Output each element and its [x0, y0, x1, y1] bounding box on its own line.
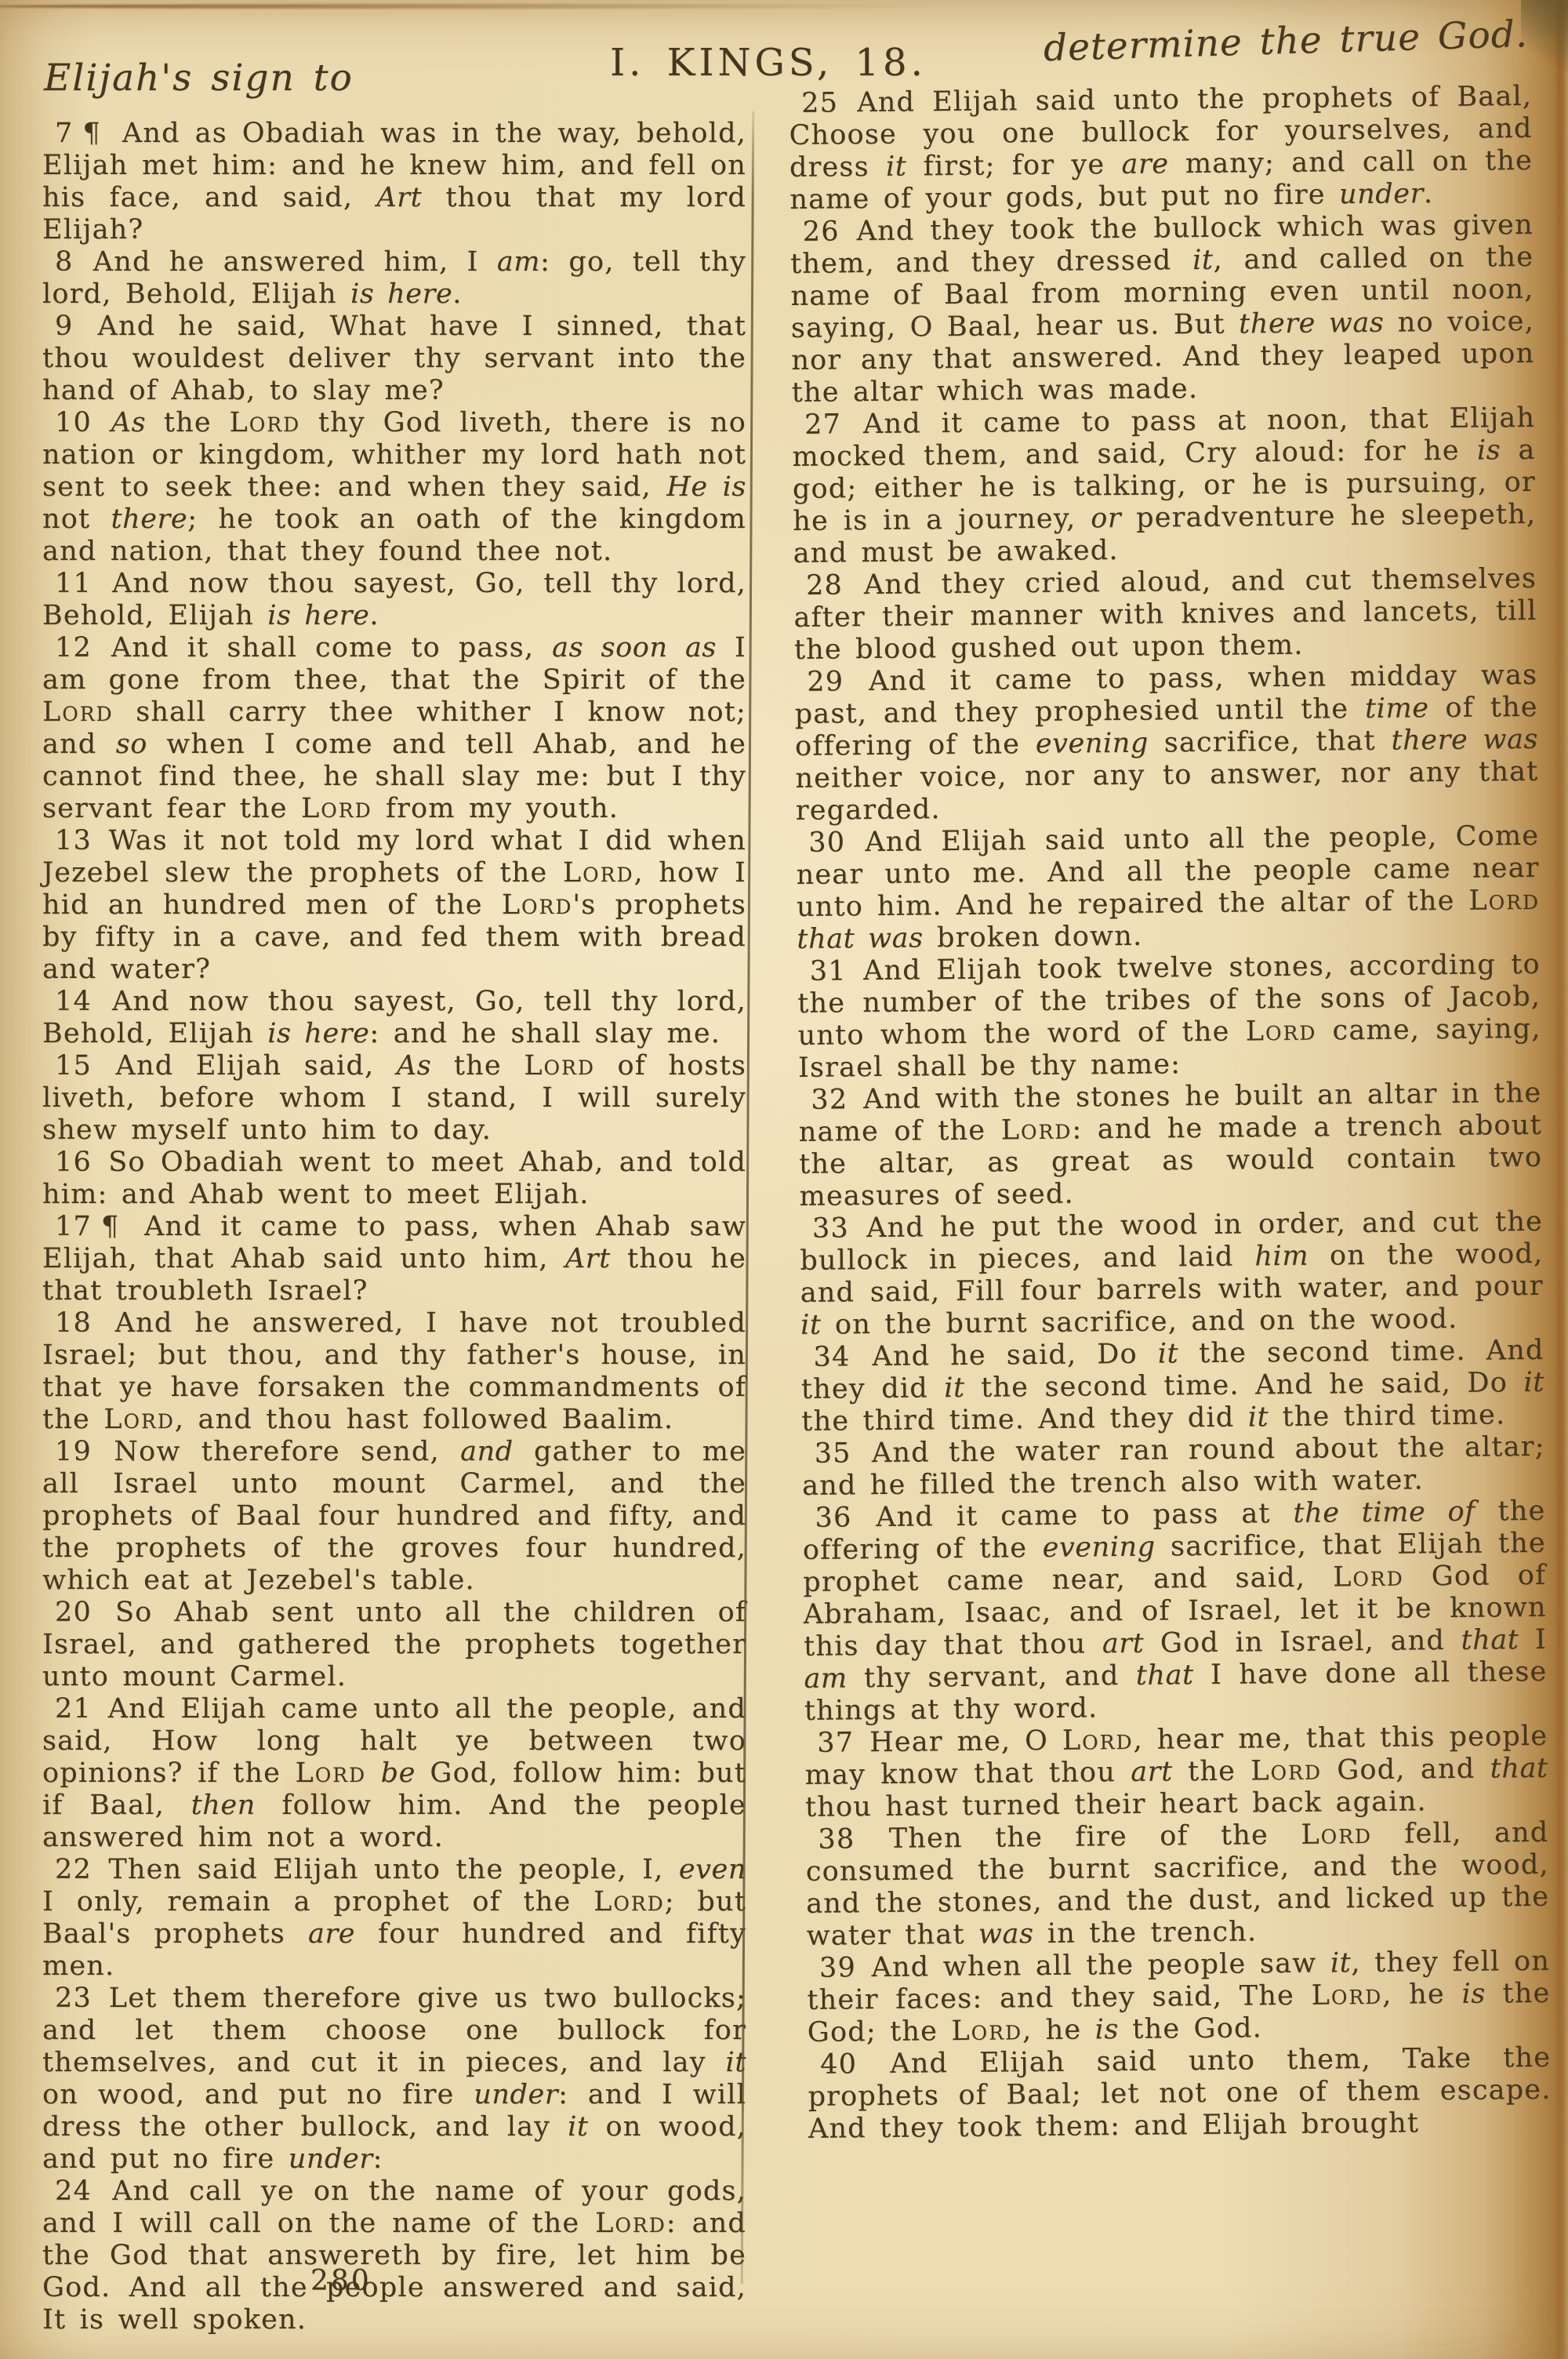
italic-supplied-word: is: [1461, 1979, 1486, 2010]
italic-supplied-word: it: [800, 1310, 822, 1341]
lord-small-caps: Lord: [103, 1404, 175, 1435]
verse-17: 17¶ And it came to pass, when Ahab saw E…: [42, 1211, 746, 1307]
verse-22: 22 Then said Elijah unto the people, I, …: [42, 1854, 746, 1983]
italic-supplied-word: it: [568, 2111, 588, 2143]
lord-small-caps: Lord: [1333, 1561, 1404, 1594]
verse-number: 35: [815, 1438, 853, 1469]
verse-number: 13: [55, 825, 93, 856]
verse-29: 29 And it came to pass, when midday was …: [794, 660, 1539, 827]
italic-supplied-word: evening: [1036, 728, 1149, 760]
verse-number: 9: [55, 311, 74, 342]
verse-number: 39: [819, 1952, 858, 1983]
verse-9: 9 And he said, What have I sinned, that …: [42, 311, 746, 407]
italic-supplied-word: there was: [1239, 307, 1385, 340]
verse-number: 36: [815, 1502, 853, 1533]
verse-number: 29: [807, 666, 845, 697]
pilcrow-mark: ¶: [82, 118, 100, 149]
verse-number: 31: [810, 955, 848, 987]
italic-supplied-word: am: [804, 1663, 848, 1695]
verse-number: 8: [55, 246, 74, 278]
running-head-left: Elijah's sign to: [44, 56, 354, 100]
italic-supplied-word: and: [460, 1436, 514, 1467]
verse-25: 25 And Elijah said unto the prophets of …: [789, 81, 1534, 216]
italic-supplied-word: that: [1461, 1624, 1519, 1656]
italic-supplied-word: even: [679, 1854, 746, 1885]
italic-supplied-word: it: [1523, 1367, 1544, 1398]
italic-supplied-word: then: [191, 1790, 256, 1821]
italic-supplied-word: there was: [1391, 724, 1538, 757]
verse-35: 35 And the water ran round about the alt…: [802, 1431, 1546, 1503]
italic-supplied-word: is here: [350, 278, 452, 310]
verse-number: 38: [818, 1823, 856, 1855]
italic-supplied-word: As: [397, 1050, 431, 1081]
page-right-edge: [1557, 0, 1565, 2359]
italic-supplied-word: as soon as: [552, 632, 717, 663]
verse-number: 30: [808, 827, 847, 858]
lord-small-caps: Lord: [1311, 1979, 1382, 2012]
verse-34: 34 And he said, Do it the second time. A…: [800, 1335, 1544, 1438]
lord-small-caps: Lord: [1301, 1819, 1372, 1851]
verse-16: 16 So Obadiah went to meet Ahab, and tol…: [42, 1147, 746, 1211]
pilcrow-mark: ¶: [101, 1211, 119, 1242]
verse-32: 32 And with the stones he built an altar…: [798, 1078, 1543, 1213]
italic-supplied-word: is: [1094, 2014, 1119, 2045]
page-title: I. KINGS, 18.: [604, 41, 933, 85]
verse-number: 17: [55, 1211, 93, 1242]
verse-number: 10: [55, 407, 93, 438]
italic-supplied-word: under: [1339, 178, 1424, 210]
italic-supplied-word: was: [978, 1918, 1034, 1950]
lord-small-caps: Lord: [593, 1886, 665, 1917]
verse-13: 13 Was it not told my lord what I did wh…: [42, 825, 746, 986]
lord-small-caps: Lord: [1250, 1755, 1322, 1787]
verse-number: 32: [811, 1084, 849, 1115]
italic-supplied-word: it: [1248, 1401, 1269, 1433]
verse-number: 15: [55, 1050, 93, 1081]
verse-12: 12 And it shall come to pass, as soon as…: [42, 632, 746, 825]
italic-supplied-word: is here: [267, 600, 369, 631]
verse-14: 14 And now thou sayest, Go, tell thy lor…: [42, 986, 746, 1050]
lord-small-caps: Lord: [42, 696, 114, 728]
verse-number: 21: [55, 1693, 93, 1725]
verse-33: 33 And he put the wood in order, and cut…: [800, 1206, 1544, 1342]
verse-15: 15 And Elijah said, As the Lord of hosts…: [42, 1050, 746, 1147]
right-column: 25 And Elijah said unto the prophets of …: [789, 81, 1552, 2146]
verse-number: 28: [806, 569, 844, 601]
verse-24: 24 And call ye on the name of your gods,…: [42, 2175, 746, 2336]
italic-supplied-word: Art: [376, 182, 422, 213]
left-column: 7¶ And as Obadiah was in the way, behold…: [42, 118, 746, 2336]
italic-supplied-word: am: [497, 246, 540, 278]
italic-supplied-word: art: [1131, 1756, 1173, 1788]
bible-page-scan: Elijah's sign to I. KINGS, 18. determine…: [0, 0, 1568, 2359]
italic-supplied-word: are: [308, 1918, 355, 1950]
verse-30: 30 And Elijah said unto all the people, …: [796, 820, 1541, 956]
verse-number: 18: [55, 1307, 93, 1339]
verse-number: 23: [55, 1983, 93, 2014]
verse-19: 19 Now therefore send, and gather to me …: [42, 1436, 746, 1597]
italic-supplied-word: time: [1365, 692, 1429, 725]
verse-number: 22: [55, 1854, 93, 1885]
verse-11: 11 And now thou sayest, Go, tell thy lor…: [42, 568, 746, 632]
verse-number: 11: [55, 568, 93, 599]
lord-small-caps: Lord: [502, 889, 573, 921]
verse-number: 26: [803, 216, 841, 247]
italic-supplied-word: As: [111, 407, 146, 438]
verse-number: 16: [55, 1147, 93, 1178]
verse-number: 33: [812, 1212, 851, 1244]
verse-number: 27: [804, 409, 843, 440]
lord-small-caps: Lord: [1468, 885, 1540, 917]
italic-supplied-word: be: [381, 1757, 416, 1789]
italic-supplied-word: or: [1091, 503, 1121, 534]
italic-supplied-word: are: [1121, 148, 1169, 180]
verse-20: 20 So Ahab sent unto all the children of…: [42, 1597, 746, 1693]
italic-supplied-word: Art: [565, 1243, 611, 1274]
verse-40: 40 And Elijah said unto them, Take the p…: [808, 2042, 1552, 2146]
verse-21: 21 And Elijah came unto all the people, …: [42, 1693, 746, 1854]
lord-small-caps: Lord: [1246, 1016, 1317, 1048]
verse-10: 10 As the Lord thy God liveth, there is …: [42, 407, 746, 568]
italic-supplied-word: art: [1102, 1628, 1145, 1660]
verse-27: 27 And it came to pass at noon, that Eli…: [792, 402, 1537, 570]
verse-39: 39 And when all the people saw it, they …: [807, 1946, 1551, 2049]
italic-supplied-word: that: [1136, 1659, 1194, 1692]
verse-number: 37: [817, 1727, 855, 1758]
italic-supplied-word: He is: [666, 471, 746, 503]
lord-small-caps: Lord: [1062, 1725, 1134, 1757]
italic-supplied-word: there: [111, 503, 187, 535]
italic-supplied-word: so: [116, 729, 147, 760]
verse-number: 24: [55, 2175, 93, 2207]
page-number: 280: [310, 2265, 372, 2297]
italic-supplied-word: it: [1158, 1338, 1179, 1369]
verse-28: 28 And they cried aloud, and cut themsel…: [793, 563, 1537, 667]
verse-38: 38 Then the fire of the Lord fell, and c…: [805, 1817, 1550, 1953]
verse-number: 25: [801, 87, 840, 118]
verse-number: 20: [55, 1597, 93, 1628]
lord-small-caps: Lord: [524, 1050, 595, 1081]
verse-18: 18 And he answered, I have not troubled …: [42, 1307, 746, 1436]
lord-small-caps: Lord: [301, 793, 372, 824]
italic-supplied-word: it: [1192, 245, 1214, 276]
italic-supplied-word: that was: [797, 922, 924, 955]
verse-26: 26 And they took the bullock which was g…: [790, 209, 1535, 409]
lord-small-caps: Lord: [1001, 1114, 1073, 1147]
verse-number: 40: [820, 2048, 858, 2080]
italic-supplied-word: it: [944, 1372, 965, 1404]
lord-small-caps: Lord: [951, 2015, 1022, 2047]
italic-supplied-word: evening: [1042, 1532, 1155, 1564]
verse-31: 31 And Elijah took twelve stones, accord…: [797, 949, 1542, 1085]
italic-supplied-word: him: [1254, 1241, 1308, 1273]
italic-supplied-word: that: [1490, 1753, 1548, 1785]
verse-7: 7¶ And as Obadiah was in the way, behold…: [42, 118, 746, 246]
italic-supplied-word: is here: [267, 1018, 369, 1049]
verse-number: 19: [55, 1436, 93, 1467]
lord-small-caps: Lord: [563, 857, 634, 889]
verse-23: 23 Let them therefore give us two bulloc…: [42, 1983, 746, 2175]
italic-supplied-word: the time of: [1293, 1496, 1475, 1529]
page-top-stain: [0, 4, 938, 9]
italic-supplied-word: it: [1330, 1947, 1352, 1979]
verse-8: 8 And he answered him, I am: go, tell th…: [42, 246, 746, 311]
verse-number: 34: [813, 1341, 851, 1372]
verse-36: 36 And it came to pass at the time of th…: [802, 1496, 1548, 1728]
verse-number: 12: [55, 632, 93, 663]
verse-number: 14: [55, 986, 93, 1017]
lord-small-caps: Lord: [595, 2208, 666, 2239]
italic-supplied-word: it: [886, 151, 907, 183]
italic-supplied-word: under: [474, 2079, 558, 2110]
verse-37: 37 Hear me, O Lord, hear me, that this p…: [804, 1721, 1548, 1824]
lord-small-caps: Lord: [230, 407, 301, 438]
italic-supplied-word: is: [1477, 434, 1501, 466]
lord-small-caps: Lord: [295, 1757, 366, 1789]
verse-number: 7: [55, 118, 74, 149]
italic-supplied-word: under: [289, 2143, 373, 2175]
running-head-right: determine the true God.: [1043, 13, 1528, 70]
